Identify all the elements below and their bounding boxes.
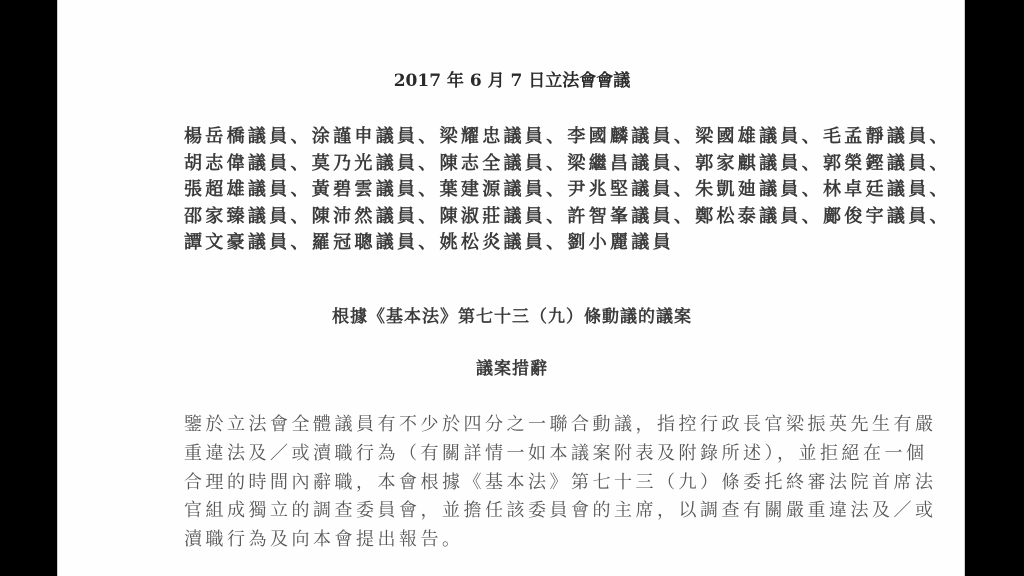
member-list-line: 楊岳橋議員、涂謹申議員、梁耀忠議員、李國麟議員、梁國雄議員、毛孟靜議員、: [184, 124, 864, 151]
paragraph-line: 官組成獨立的調查委員會，並擔任該委員會的主席，以調查有關嚴重違法及／或: [184, 497, 864, 526]
paragraph-line: 重違法及／或瀆職行為（有關詳情一如本議案附表及附錄所述），並拒絕在一個: [184, 440, 864, 469]
member-list-line: 胡志偉議員、莫乃光議員、陳志全議員、梁繼昌議員、郭家麒議員、郭榮鏗議員、: [184, 151, 864, 178]
motion-paragraph: 鑒於立法會全體議員有不少於四分之一聯合動議，指控行政長官梁振英先生有嚴 重違法及…: [184, 411, 864, 555]
video-frame: 2017 年 6 月 7 日立法會會議 楊岳橋議員、涂謹申議員、梁耀忠議員、李國…: [0, 0, 1024, 576]
document-page: 2017 年 6 月 7 日立法會會議 楊岳橋議員、涂謹申議員、梁耀忠議員、李國…: [57, 0, 965, 576]
member-list-line: 邵家臻議員、陳沛然議員、陳淑莊議員、許智峯議員、鄭松泰議員、鄺俊宇議員、: [184, 204, 864, 231]
meeting-date-title: 2017 年 6 月 7 日立法會會議: [58, 66, 966, 91]
member-list-line: 張超雄議員、黃碧雲議員、葉建源議員、尹兆堅議員、朱凱廸議員、林卓廷議員、: [184, 177, 864, 204]
paragraph-line: 合理的時間內辭職，本會根據《基本法》第七十三（九）條委托終審法院首席法: [184, 469, 864, 498]
paragraph-line: 鑒於立法會全體議員有不少於四分之一聯合動議，指控行政長官梁振英先生有嚴: [184, 411, 864, 440]
member-list: 楊岳橋議員、涂謹申議員、梁耀忠議員、李國麟議員、梁國雄議員、毛孟靜議員、 胡志偉…: [184, 124, 864, 257]
paragraph-line: 瀆職行為及向本會提出報告。: [184, 526, 864, 555]
wording-heading: 議案措辭: [58, 354, 966, 379]
motion-heading: 根據《基本法》第七十三（九）條動議的議案: [58, 302, 966, 327]
member-list-line: 譚文豪議員、羅冠聰議員、姚松炎議員、劉小麗議員: [184, 230, 864, 257]
